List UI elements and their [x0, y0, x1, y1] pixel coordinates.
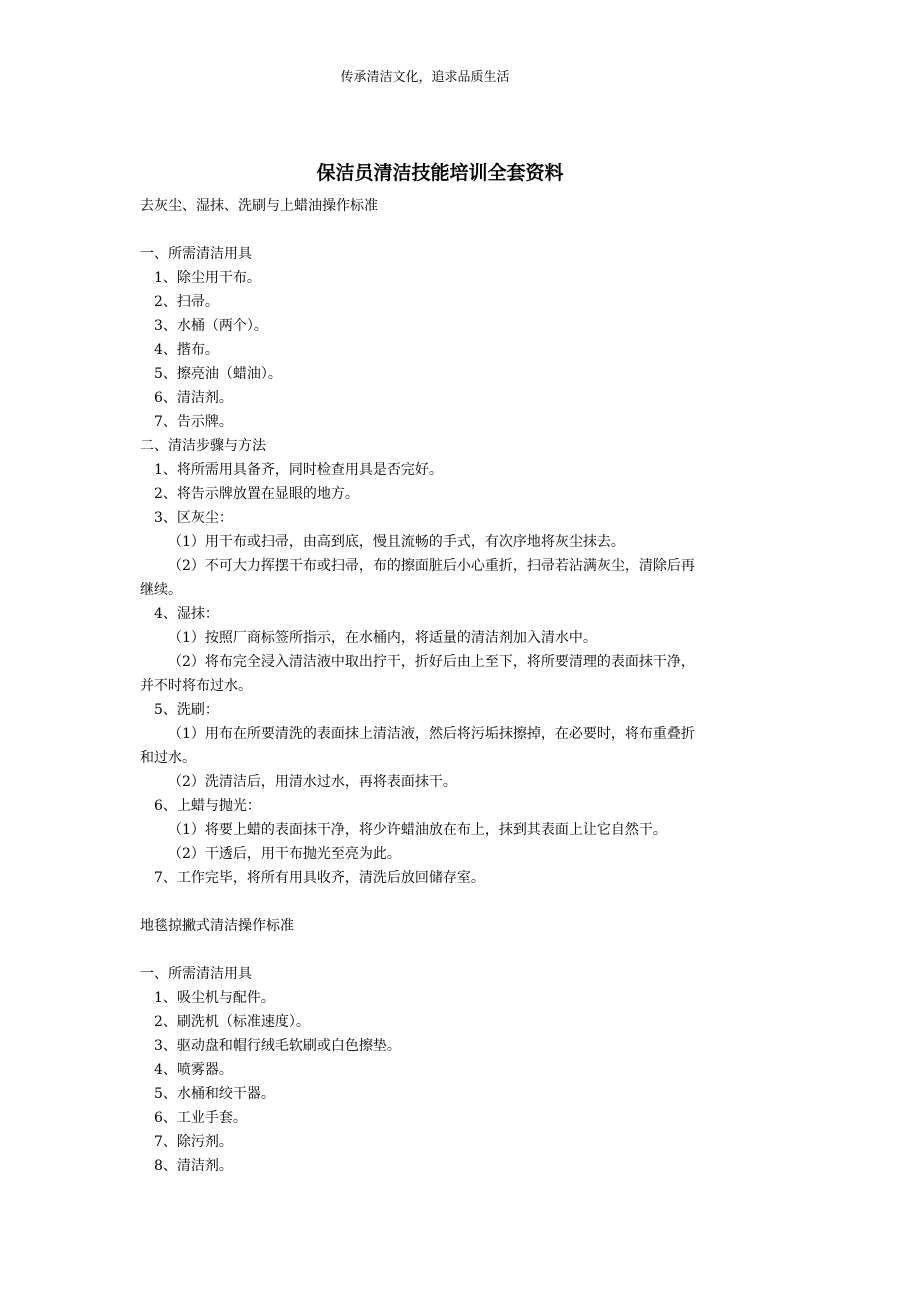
text-line: 并不时将布过水。: [140, 678, 252, 694]
text-line: 3、驱动盘和帽行绒毛软刷或白色擦垫。: [154, 1038, 401, 1054]
text-line: 3、水桶（两个）。: [154, 318, 268, 334]
text-line: 1、除尘用干布。: [154, 270, 261, 286]
text-line: （2）洗清洁后，用清水过水，再将表面抹干。: [168, 774, 457, 790]
text-line: 一、所需清洁用具: [140, 246, 252, 262]
text-line: （2）将布完全浸入清洁液中取出拧干，折好后由上至下，将所要清理的表面抹干净，: [168, 654, 695, 670]
text-line: 8、清洁剂。: [154, 1158, 233, 1174]
text-line: 2、将告示牌放置在显眼的地方。: [154, 486, 359, 502]
text-line: 地毯掠撇式清洁操作标准: [140, 918, 294, 934]
text-line: 继续。: [140, 582, 182, 598]
text-line: 6、上蜡与抛光：: [154, 798, 261, 814]
text-line: 7、除污剂。: [154, 1134, 233, 1150]
text-line: 一、所需清洁用具: [140, 966, 252, 982]
text-line: 2、刷洗机（标准速度）。: [154, 1014, 310, 1030]
text-line: （2）干透后，用干布抛光至亮为此。: [168, 846, 401, 862]
text-line: 7、工作完毕，将所有用具收齐，清洗后放回储存室。: [154, 870, 485, 886]
text-line: 4、湿抹：: [154, 606, 219, 622]
text-line: 6、清洁剂。: [154, 390, 233, 406]
text-line: 3、区灰尘：: [154, 510, 233, 526]
text-line: （1）按照厂商标签所指示，在水桶内，将适量的清洁剂加入清水中。: [168, 630, 597, 646]
text-line: 2、扫帚。: [154, 294, 219, 310]
document-title: 保洁员清洁技能培训全套资料: [0, 158, 880, 185]
text-line: 二、清洁步骤与方法: [140, 438, 266, 454]
text-line: 和过水。: [140, 750, 196, 766]
text-line: （1）用干布或扫帚，由高到底，慢且流畅的手式，有次序地将灰尘抹去。: [168, 534, 625, 550]
text-line: 1、吸尘机与配件。: [154, 990, 275, 1006]
text-line: 去灰尘、湿抹、洗刷与上蜡油操作标准: [140, 198, 378, 214]
text-line: 5、擦亮油（蜡油）。: [154, 366, 282, 382]
text-line: 5、洗刷：: [154, 702, 219, 718]
text-line: 5、水桶和绞干器。: [154, 1086, 275, 1102]
text-line: （1）将要上蜡的表面抹干净，将少许蜡油放在布上，抹到其表面上让它自然干。: [168, 822, 667, 838]
text-line: （1）用布在所要清洗的表面抹上清洁液，然后将污垢抹擦掉，在必要时，将布重叠折: [168, 726, 695, 742]
text-line: 7、告示牌。: [154, 414, 233, 430]
text-line: （2）不可大力挥摆干布或扫帚，布的擦面脏后小心重折，扫帚若沾满灰尘，清除后再: [168, 558, 695, 574]
page-header-slogan: 传承清洁文化，追求品质生活: [0, 66, 850, 85]
text-line: 6、工业手套。: [154, 1110, 247, 1126]
text-line: 4、揩布。: [154, 342, 219, 358]
text-line: 1、将所需用具备齐，同时检查用具是否完好。: [154, 462, 443, 478]
text-line: 4、喷雾器。: [154, 1062, 233, 1078]
